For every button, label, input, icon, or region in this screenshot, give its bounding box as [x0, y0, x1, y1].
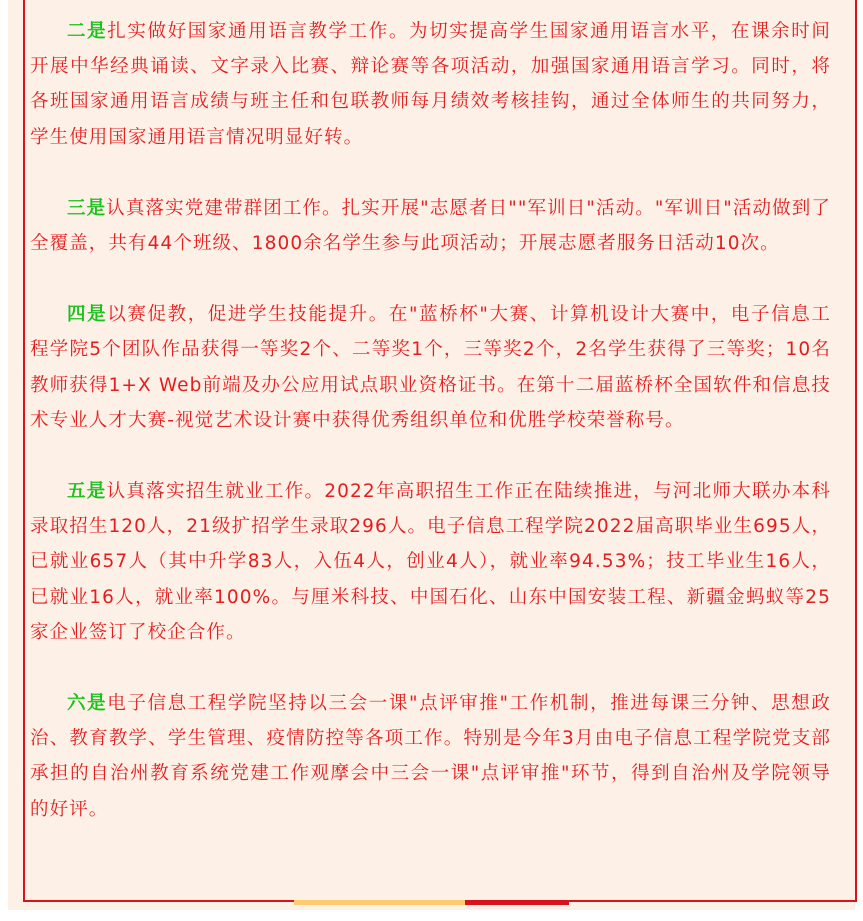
paragraph-6: 六是电子信息工程学院坚持以三会一课"点评审推"工作机制，推进每课三分钟、思想政治… [30, 686, 831, 827]
decorative-bar-yellow [294, 900, 465, 905]
paragraph-lead: 二是 [67, 21, 107, 42]
paragraph-text: 以赛促教，促进学生技能提升。在"蓝桥杯"大赛、计算机设计大赛中，电子信息工程学院… [30, 304, 831, 431]
paragraph-lead: 三是 [67, 198, 106, 219]
paragraph-5: 五是认真落实招生就业工作。2022年高职招生工作正在陆续推进，与河北师大联办本科… [30, 474, 831, 650]
paragraph-text: 认真落实党建带群团工作。扎实开展"志愿者日""军训日"活动。"军训日"活动做到了… [30, 198, 831, 254]
paragraph-4: 四是以赛促教，促进学生技能提升。在"蓝桥杯"大赛、计算机设计大赛中，电子信息工程… [30, 297, 831, 438]
decorative-bar-red [465, 900, 569, 905]
paragraph-lead: 五是 [67, 481, 107, 502]
paragraph-lead: 六是 [67, 693, 107, 714]
paragraph-2: 二是扎实做好国家通用语言教学工作。为切实提高学生国家通用语言水平，在课余时间开展… [30, 14, 831, 155]
paragraph-text: 电子信息工程学院坚持以三会一课"点评审推"工作机制，推进每课三分钟、思想政治、教… [30, 693, 831, 820]
paragraph-text: 扎实做好国家通用语言教学工作。为切实提高学生国家通用语言水平，在课余时间开展中华… [30, 21, 831, 148]
paragraph-3: 三是认真落实党建带群团工作。扎实开展"志愿者日""军训日"活动。"军训日"活动做… [30, 191, 831, 261]
paragraph-lead: 四是 [67, 304, 107, 325]
article-body: 二是扎实做好国家通用语言教学工作。为切实提高学生国家通用语言水平，在课余时间开展… [30, 14, 831, 863]
paragraph-text: 认真落实招生就业工作。2022年高职招生工作正在陆续推进，与河北师大联办本科录取… [30, 481, 831, 643]
